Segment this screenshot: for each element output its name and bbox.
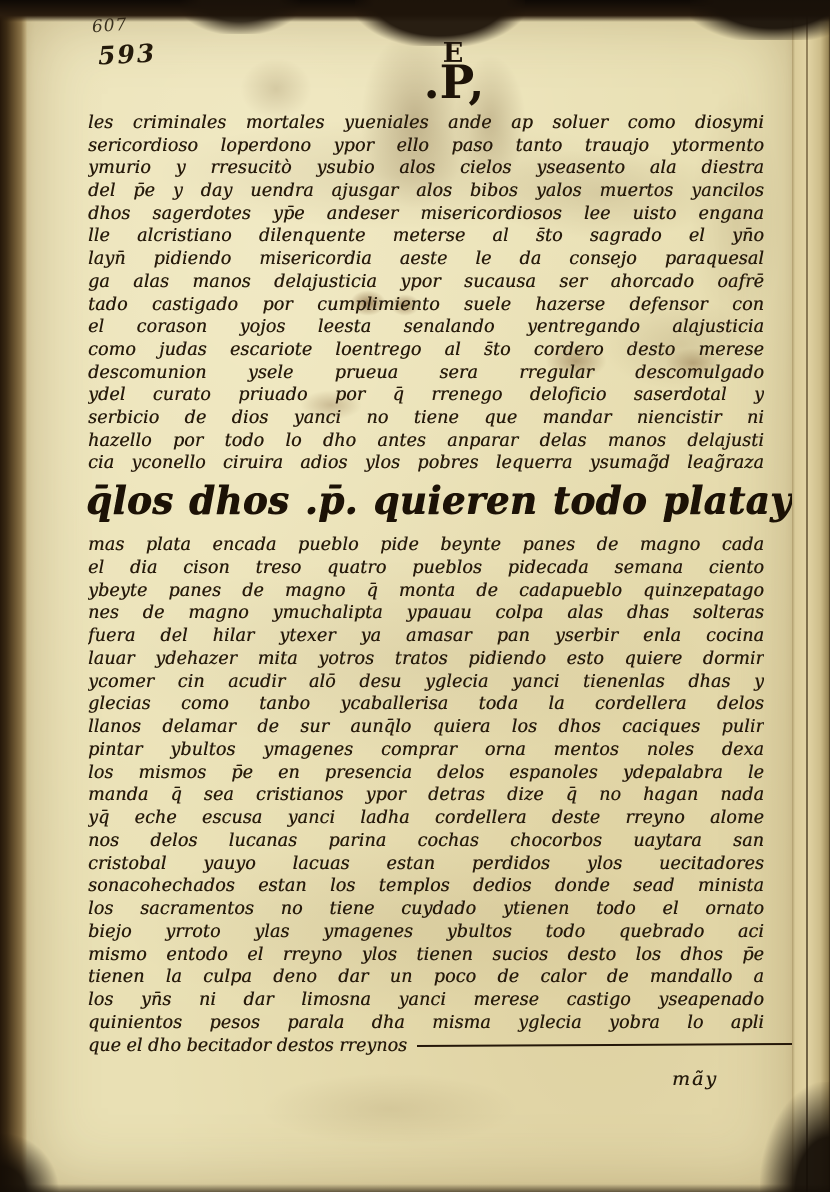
manuscript-text-line: ymurio y rresucitò ysubio alos cielos ys… [88, 157, 764, 180]
manuscript-text-line: cia yconello ciruira adios ylos pobres l… [88, 452, 764, 475]
manuscript-text-line: layn̄ pidiendo misericordia aeste le da … [88, 248, 764, 271]
manuscript-page: 607 593 E .P, les criminales mortales yu… [24, 10, 796, 1192]
manuscript-text-line: lle alcristiano dilenquente meterse al s… [88, 225, 764, 248]
manuscript-text-line: mismo entodo el rreyno ylos tienen sucio… [88, 944, 764, 967]
manuscript-text-line: llanos delamar de sur aunq̄lo quiera los… [88, 716, 764, 739]
header-initials: E .P, [384, 38, 524, 105]
manuscript-text-line: ycomer cin acudir alō desu yglecia yanci… [88, 671, 764, 694]
manuscript-text-line: ybeyte panes de magno q̄ monta de cadapu… [88, 580, 764, 603]
manuscript-text-line: les criminales mortales yueniales ande a… [88, 112, 764, 135]
book-corner-shadow [0, 1132, 60, 1192]
manuscript-text-line: tado castigado por cumplimiento suele ha… [88, 294, 764, 317]
manuscript-text-line: yq̄ eche escusa yanci ladha cordellera d… [88, 807, 764, 830]
book-edge-bottom [0, 1184, 830, 1192]
manuscript-text-line: manda q̄ sea cristianos ypor detras dize… [88, 784, 764, 807]
book-corner-shadow [760, 1082, 830, 1192]
manuscript-text-line: pintar ybultos ymagenes comprar orna men… [88, 739, 764, 762]
page-edge-right [792, 0, 830, 1192]
text-block-lower: mas plata encada pueblo pide beynte pane… [88, 534, 764, 1035]
closing-rule [417, 1043, 794, 1047]
manuscript-text-line: quinientos pesos parala dha misma ygleci… [88, 1012, 764, 1035]
ink-bleed-stain [260, 1073, 520, 1145]
manuscript-text-line: descomunion ysele prueua sera rregular d… [88, 362, 764, 385]
manuscript-text-line: los sacramentos no tiene cuydado ytienen… [88, 898, 764, 921]
page-crease-line [806, 0, 808, 1192]
manuscript-text-line: dhos sagerdotes yp̄e andeser misericordi… [88, 203, 764, 226]
manuscript-text-line: nes de magno ymuchalipta ypauau colpa al… [88, 602, 764, 625]
manuscript-text-line: sonacohechados estan los templos dedios … [88, 875, 764, 898]
manuscript-text-line: glecias como tanbo ycaballerisa toda la … [88, 693, 764, 716]
manuscript-photo: 607 593 E .P, les criminales mortales yu… [0, 0, 830, 1192]
manuscript-text-line: el dia cison treso quatro pueblos pideca… [88, 557, 764, 580]
manuscript-text-line: cristobal yauyo lacuas estan perdidos yl… [88, 853, 764, 876]
text-block-upper: les criminales mortales yueniales ande a… [88, 112, 764, 475]
manuscript-text-line: hazello por todo lo dho antes anparar de… [88, 430, 764, 453]
manuscript-text-line: biejo yrroto ylas ymagenes ybultos todo … [88, 921, 764, 944]
manuscript-text-line: lauar ydehazer mita yotros tratos pidien… [88, 648, 764, 671]
manuscript-text-line: los yn̄s ni dar limosna yanci merese cas… [88, 989, 764, 1012]
book-edge-top-shadow [180, 0, 300, 34]
manuscript-text-line: los mismos p̄e en presencia delos espano… [88, 762, 764, 785]
section-heading: q̄los dhos .p̄. quieren todo platay [86, 477, 792, 529]
book-edge-top-shadow [690, 0, 830, 40]
manuscript-text-line: tienen la culpa deno dar un poco de calo… [88, 966, 764, 989]
manuscript-text-line: el corason yojos leesta senalando yentre… [88, 316, 764, 339]
binding-edge-left [0, 0, 27, 1192]
closing-line-text: que el dho becitador destos rreynos [88, 1036, 407, 1056]
manuscript-text-line: como judas escariote loentrego al s̄to c… [88, 339, 764, 362]
manuscript-text-line: del p̄e y day uendra ajusgar alos bibos … [88, 180, 764, 203]
header-initial-p: .P, [384, 59, 524, 105]
catchword: mãy [672, 1068, 718, 1090]
ink-bleed-stain [240, 58, 312, 120]
manuscript-text-line: fuera del hilar ytexer ya amasar pan yse… [88, 625, 764, 648]
manuscript-text-line: nos delos lucanas parina cochas chocorbo… [88, 830, 764, 853]
closing-line: que el dho becitador destos rreynos [88, 1036, 794, 1056]
manuscript-text-line: ga alas manos delajusticia ypor sucausa … [88, 271, 764, 294]
book-edge-top-shadow [355, 0, 525, 46]
manuscript-text-line: sericordioso loperdono ypor ello paso ta… [88, 135, 764, 158]
manuscript-text-line: serbicio de dios yanci no tiene que mand… [88, 407, 764, 430]
manuscript-text-line: ydel curato priuado por q̄ rrenego delof… [88, 384, 764, 407]
folio-number-primary: 593 [97, 38, 157, 70]
manuscript-text-line: mas plata encada pueblo pide beynte pane… [88, 534, 764, 557]
